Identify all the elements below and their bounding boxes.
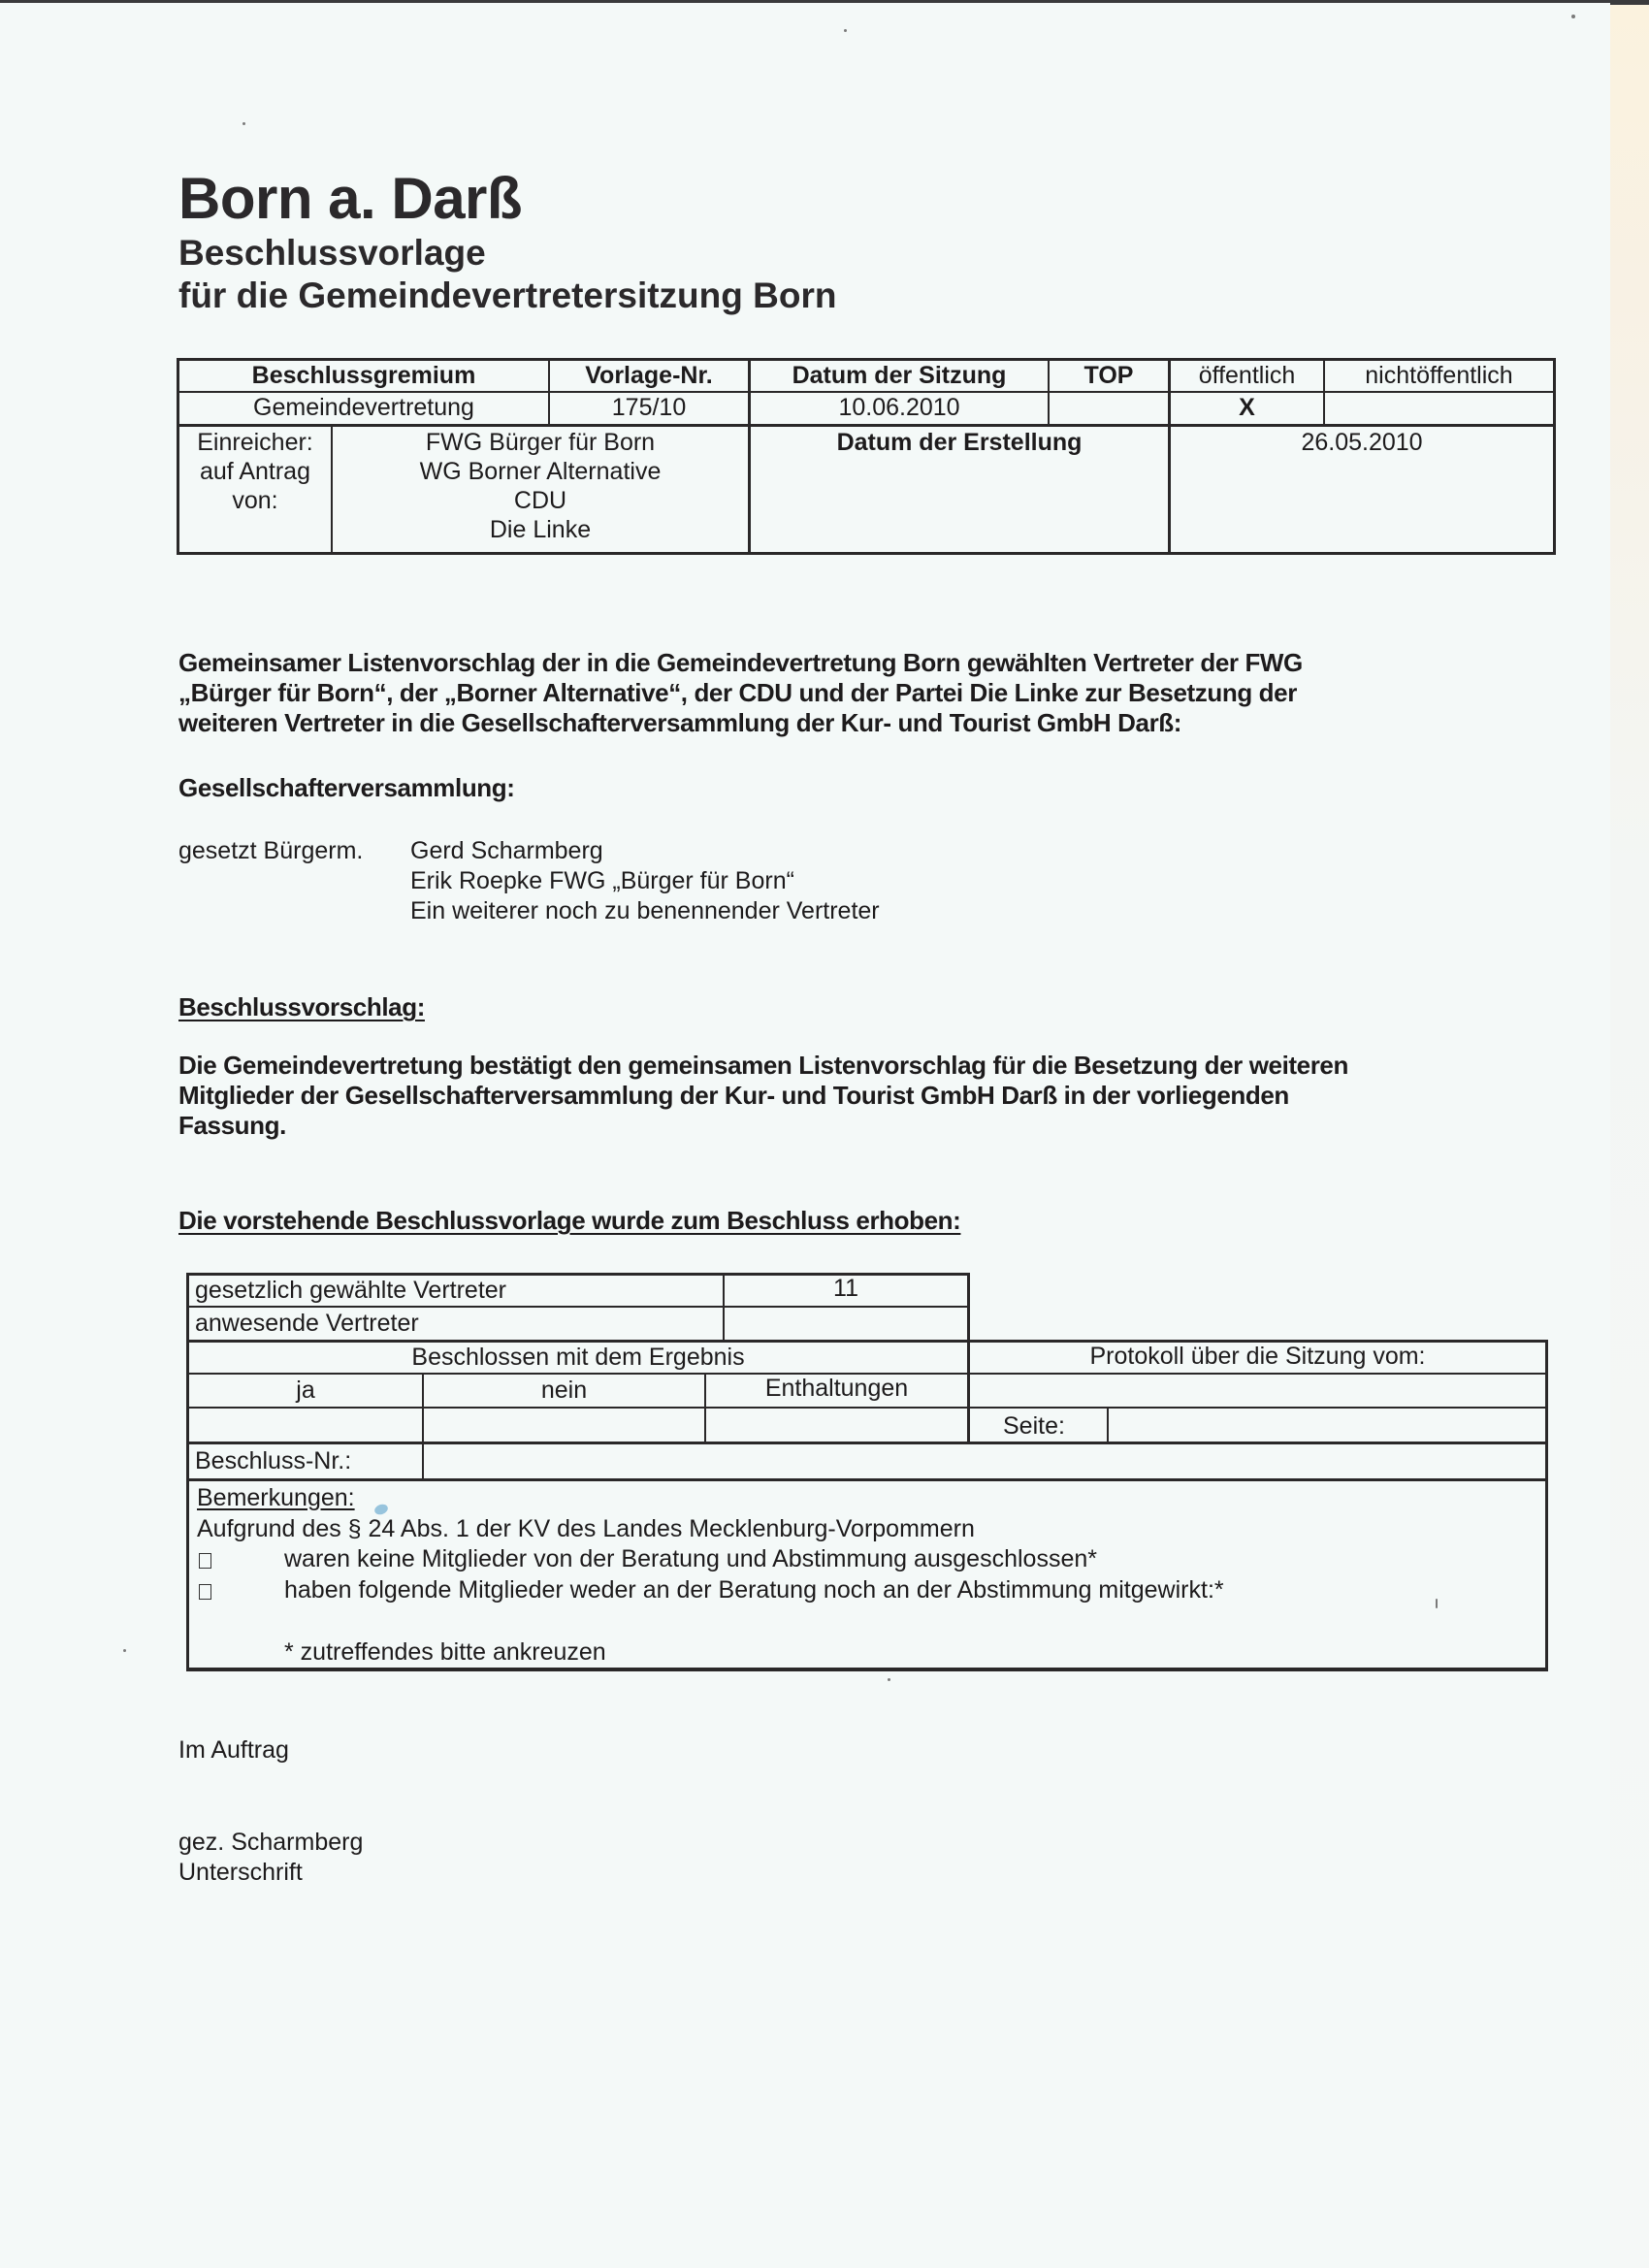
public-mark: X <box>1171 393 1323 422</box>
submitter: WG Borner Alternative <box>333 457 748 486</box>
template-no-value: 175/10 <box>550 393 748 422</box>
option-row <box>199 1545 211 1574</box>
scan-top-border <box>0 0 1610 3</box>
member: Ein weiterer noch zu benennender Vertret… <box>410 896 880 926</box>
creation-date-label: Datum der Erstellung <box>751 428 1168 457</box>
municipality-title: Born a. Darß <box>178 165 522 232</box>
signed-name: gez. Scharmberg <box>178 1828 363 1858</box>
document-type: Beschlussvorlage <box>178 233 486 274</box>
header-public: öffentlich <box>1171 361 1323 390</box>
submitter: CDU <box>333 486 748 515</box>
on-behalf-text: Im Auftrag <box>178 1735 289 1766</box>
checkbox-icon[interactable] <box>199 1584 211 1600</box>
scan-right-edge <box>1610 0 1649 2268</box>
protocol-label: Protokoll über die Sitzung vom: <box>970 1342 1545 1371</box>
resolution-no-label: Beschluss-Nr.: <box>195 1446 351 1475</box>
submitter: Die Linke <box>333 515 748 544</box>
signature-label: Unterschrift <box>178 1858 303 1888</box>
resolution-heading: Die vorstehende Beschlussvorlage wurde z… <box>178 1206 960 1236</box>
footnote: * zutreffendes bitte ankreuzen <box>284 1637 606 1667</box>
header-meeting-date: Datum der Sitzung <box>751 361 1048 390</box>
meeting-date-value: 10.06.2010 <box>751 393 1048 422</box>
yes-label: ja <box>189 1376 422 1405</box>
result-label: Beschlossen mit dem Ergebnis <box>189 1343 967 1372</box>
scan-speck <box>1436 1599 1438 1608</box>
scan-speck <box>844 29 847 32</box>
scan-speck <box>242 122 245 125</box>
page-label: Seite: <box>1003 1411 1065 1441</box>
remarks-label: Bemerkungen: <box>197 1483 355 1512</box>
document-subtitle: für die Gemeindevertretersitzung Born <box>178 275 836 316</box>
no-label: nein <box>424 1376 704 1405</box>
option-label: haben folgende Mitglieder weder an der B… <box>284 1575 1224 1604</box>
submitter-list: FWG Bürger für Born WG Borner Alternativ… <box>333 428 748 544</box>
assembly-heading: Gesellschafterversammlung: <box>178 773 515 803</box>
elected-label: gesetzlich gewählte Vertreter <box>195 1276 506 1305</box>
assembly-members: Gerd Scharmberg Erik Roepke FWG „Bürger … <box>410 836 880 926</box>
option-label: waren keine Mitglieder von der Beratung … <box>284 1544 1097 1573</box>
member: Erik Roepke FWG „Bürger für Born“ <box>410 866 880 896</box>
member: Gerd Scharmberg <box>410 836 880 866</box>
header-template-no: Vorlage-Nr. <box>550 361 748 390</box>
submitter: FWG Bürger für Born <box>333 428 748 457</box>
header-agenda-item: TOP <box>1050 361 1168 390</box>
proposal-text: Die Gemeindevertretung bestätigt den gem… <box>178 1051 1348 1141</box>
creation-date-value: 26.05.2010 <box>1171 428 1553 457</box>
header-committee: Beschlussgremium <box>179 361 548 390</box>
scan-speck <box>1571 15 1575 18</box>
proposal-heading: Beschlussvorschlag: <box>178 992 425 1022</box>
elected-value: 11 <box>725 1274 967 1303</box>
header-non-public: nichtöffentlich <box>1325 361 1553 390</box>
intro-paragraph: Gemeinsamer Listenvorschlag der in die G… <box>178 648 1303 738</box>
assembly-label: gesetzt Bürgerm. <box>178 836 363 866</box>
committee-value: Gemeindevertretung <box>179 393 548 422</box>
abstain-label: Enthaltungen <box>706 1374 967 1403</box>
submitter-label: Einreicher: auf Antrag von: <box>179 428 331 515</box>
scan-speck <box>888 1678 890 1681</box>
present-label: anwesende Vertreter <box>195 1309 419 1338</box>
checkbox-icon[interactable] <box>199 1553 211 1569</box>
remarks-intro: Aufgrund des § 24 Abs. 1 der KV des Land… <box>197 1514 975 1543</box>
option-row <box>199 1576 211 1605</box>
scan-speck <box>123 1649 126 1652</box>
